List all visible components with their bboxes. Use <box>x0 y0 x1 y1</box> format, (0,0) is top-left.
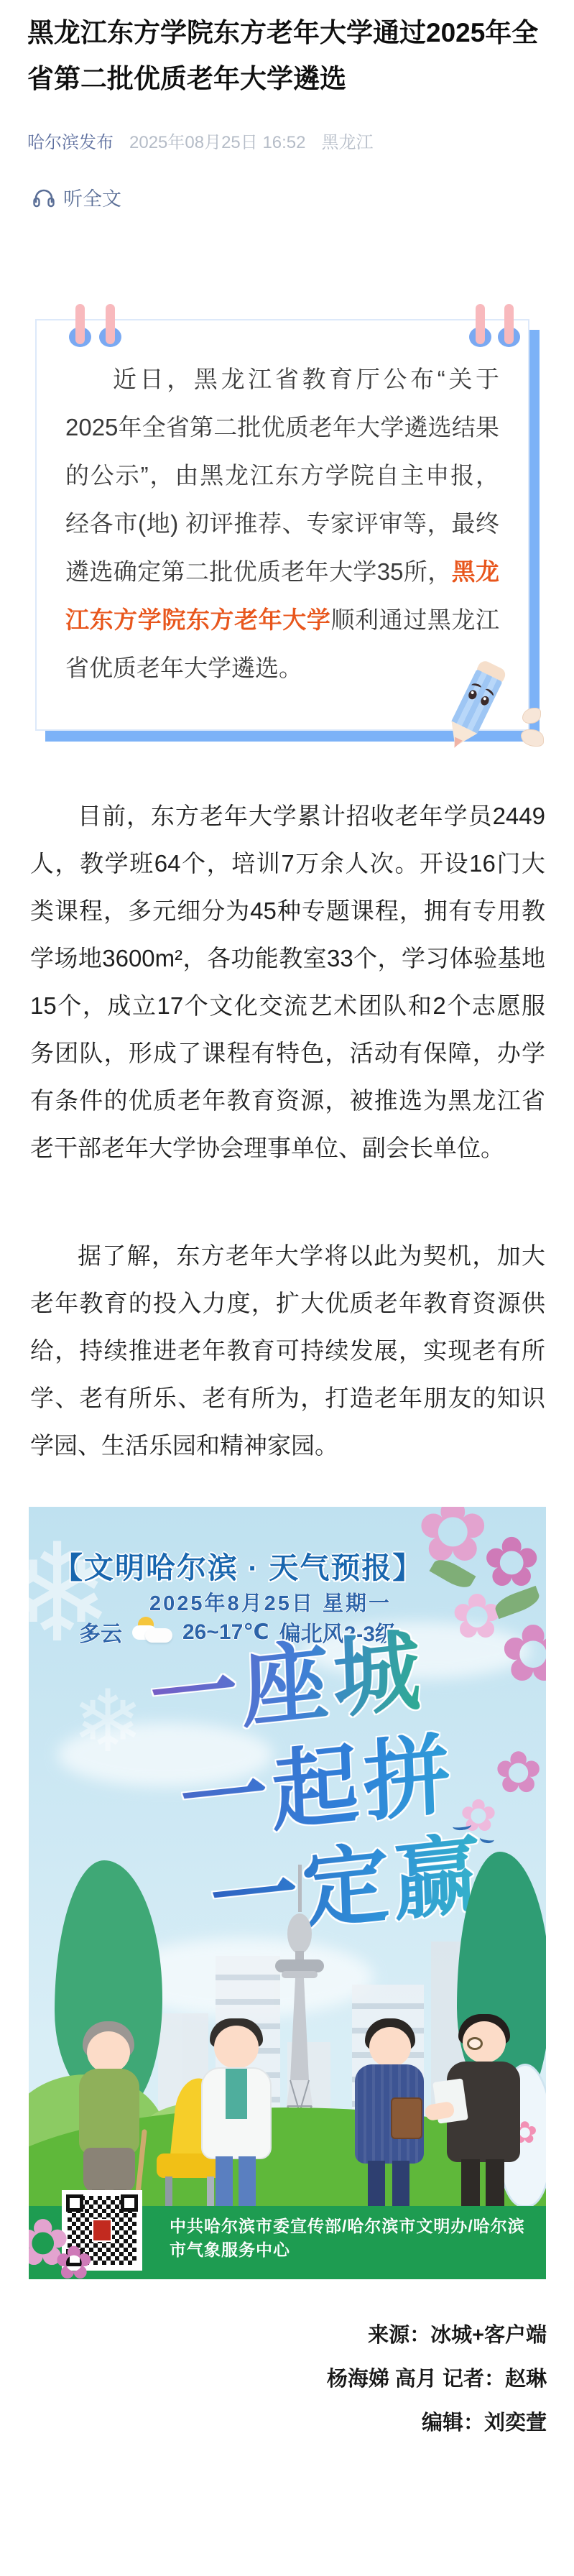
pin-icon <box>106 304 115 346</box>
poster-credit-text: 中共哈尔滨市委宣传部/哈尔滨市文明办/哈尔滨市气象服务中心 <box>170 2213 536 2261</box>
snowflake-decoration: ❄ <box>72 1672 144 1772</box>
quote-card: 近日，黑龙江省教育厅公布“关于2025年全省第二批优质老年大学遴选结果的公示”，… <box>35 319 529 731</box>
weather-condition: 多云 <box>79 1616 122 1648</box>
listen-full-text-button[interactable]: 听全文 <box>33 183 121 211</box>
pencil-mascot-icon <box>459 663 545 771</box>
flower-decoration: ✿ <box>494 1744 542 1801</box>
quote-text: 近日，黑龙江省教育厅公布“关于2025年全省第二批优质老年大学遴选结果的公示”，… <box>65 355 499 692</box>
flower-decoration: ✿ <box>55 2240 93 2279</box>
article-page: 黑龙江东方学院东方老年大学通过2025年全省第二批优质老年大学遴选 哈尔滨发布 … <box>0 0 574 2576</box>
body-paragraph: 目前，东方老年大学累计招收老年学员2449人，教学班64个，培训7万余人次。开设… <box>30 793 545 1172</box>
article-credits: 来源：冰城+客户端 杨海娣 高月 记者：赵琳 编辑：刘奕萱 <box>0 2314 547 2445</box>
weather-poster-image[interactable]: ❄ ❄ ✿ ✿ ✿ ✿ ✿ ✿ 【文明哈尔滨 · 天气预报】 2025年8月25… <box>29 1507 546 2279</box>
body-paragraph: 据了解，东方老年大学将以此为契机，加大老年教育的投入力度，扩大优质老年教育资源供… <box>30 1232 545 1469</box>
sun-cloud-icon <box>132 1620 172 1644</box>
pin-icon <box>476 304 485 346</box>
snowflake-decoration: ❄ <box>29 1514 114 1673</box>
headphone-icon <box>33 188 55 208</box>
credit-source: 来源：冰城+客户端 <box>0 2314 547 2358</box>
page-title: 黑龙江东方学院东方老年大学通过2025年全省第二批优质老年大学遴选 <box>0 0 574 102</box>
publish-region: 黑龙江 <box>322 128 374 153</box>
publisher-link[interactable]: 哈尔滨发布 <box>27 128 114 153</box>
credit-reporters: 杨海娣 高月 记者：赵琳 <box>0 2358 547 2401</box>
credit-editor: 编辑：刘奕萱 <box>0 2401 547 2445</box>
flower-decoration: ✿ <box>500 1615 546 1694</box>
poster-title: 【文明哈尔滨 · 天气预报】 <box>53 1544 423 1587</box>
publish-datetime: 2025年08月25日 16:52 <box>129 128 306 153</box>
slogan-line-3: 一定赢 <box>209 1829 486 1945</box>
article-meta: 哈尔滨发布 2025年08月25日 16:52 黑龙江 <box>27 128 547 153</box>
pin-icon <box>75 304 85 346</box>
pin-icon <box>504 304 514 346</box>
flower-decoration: ✿ <box>451 1586 503 1648</box>
poster-date: 2025年8月25日 星期一 <box>149 1587 392 1617</box>
listen-label: 听全文 <box>63 183 121 211</box>
